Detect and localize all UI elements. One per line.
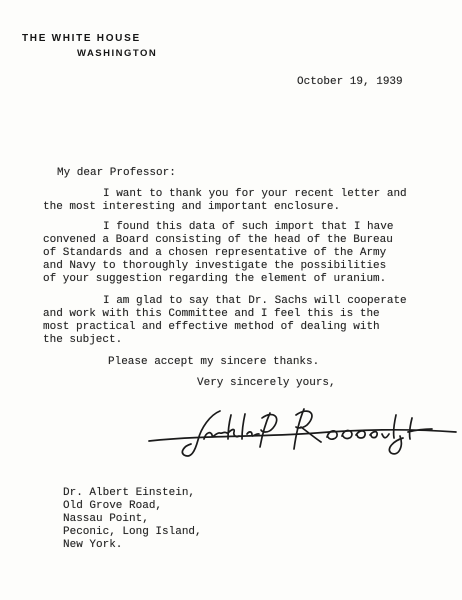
signature-ink-icon bbox=[146, 406, 460, 464]
paragraph-1: I want to thank you for your recent lett… bbox=[43, 188, 423, 214]
salutation: My dear Professor: bbox=[57, 167, 176, 180]
closing-line: Very sincerely yours, bbox=[197, 377, 336, 390]
recipient-address: Dr. Albert Einstein, Old Grove Road, Nas… bbox=[63, 487, 202, 552]
paragraph-3: I am glad to say that Dr. Sachs will coo… bbox=[43, 295, 423, 347]
paragraph-2: I found this data of such import that I … bbox=[43, 221, 423, 286]
thanks-line: Please accept my sincere thanks. bbox=[108, 356, 319, 369]
date-line: October 19, 1939 bbox=[297, 76, 403, 89]
letterhead-line2: WASHINGTON bbox=[77, 48, 157, 59]
signature-franklin-d-roosevelt bbox=[146, 406, 460, 464]
letter-page: THE WHITE HOUSE WASHINGTON October 19, 1… bbox=[0, 0, 462, 600]
letterhead-line1: THE WHITE HOUSE bbox=[22, 33, 141, 44]
